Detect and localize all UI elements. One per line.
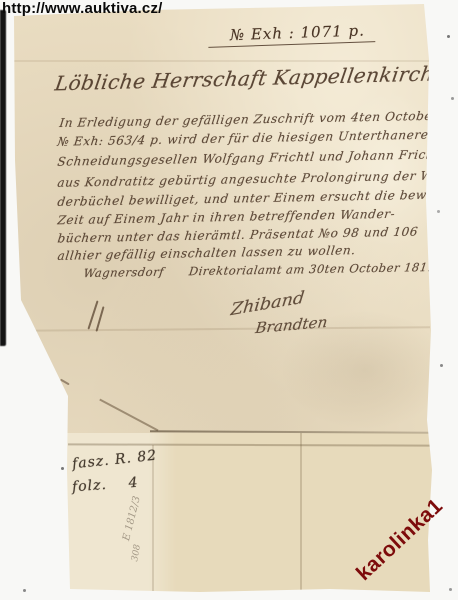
ink-stroke-mark xyxy=(60,379,69,385)
auction-site-url-watermark: http://www.auktiva.cz/ xyxy=(2,0,163,17)
scanned-letter-image: № Exh : 1071 p. Löbliche Herrschaft Kapp… xyxy=(0,0,458,600)
fold-crease-vertical-left xyxy=(152,445,154,591)
dust-speck xyxy=(440,364,443,367)
dust-speck xyxy=(449,588,452,591)
scanner-edge-strip xyxy=(0,10,6,346)
body-line: allhier gefällig einschalten lassen zu w… xyxy=(57,243,357,263)
fold-crease-top xyxy=(14,60,429,62)
dust-speck xyxy=(447,35,450,38)
dateline: Wagnersdorf Direktorialamt am 30ten Octo… xyxy=(83,260,441,280)
dust-speck xyxy=(437,210,440,213)
fold-crease-vertical-right xyxy=(300,433,302,591)
dust-speck xyxy=(61,467,64,470)
dust-speck xyxy=(451,97,454,100)
reference-number: № Exh : 1071 p. xyxy=(208,21,376,48)
fold-crease-diagonal xyxy=(100,399,159,431)
dust-speck xyxy=(23,589,26,592)
letter-paper: № Exh : 1071 p. Löbliche Herrschaft Kapp… xyxy=(0,0,458,600)
ink-stroke-mark xyxy=(95,306,104,332)
